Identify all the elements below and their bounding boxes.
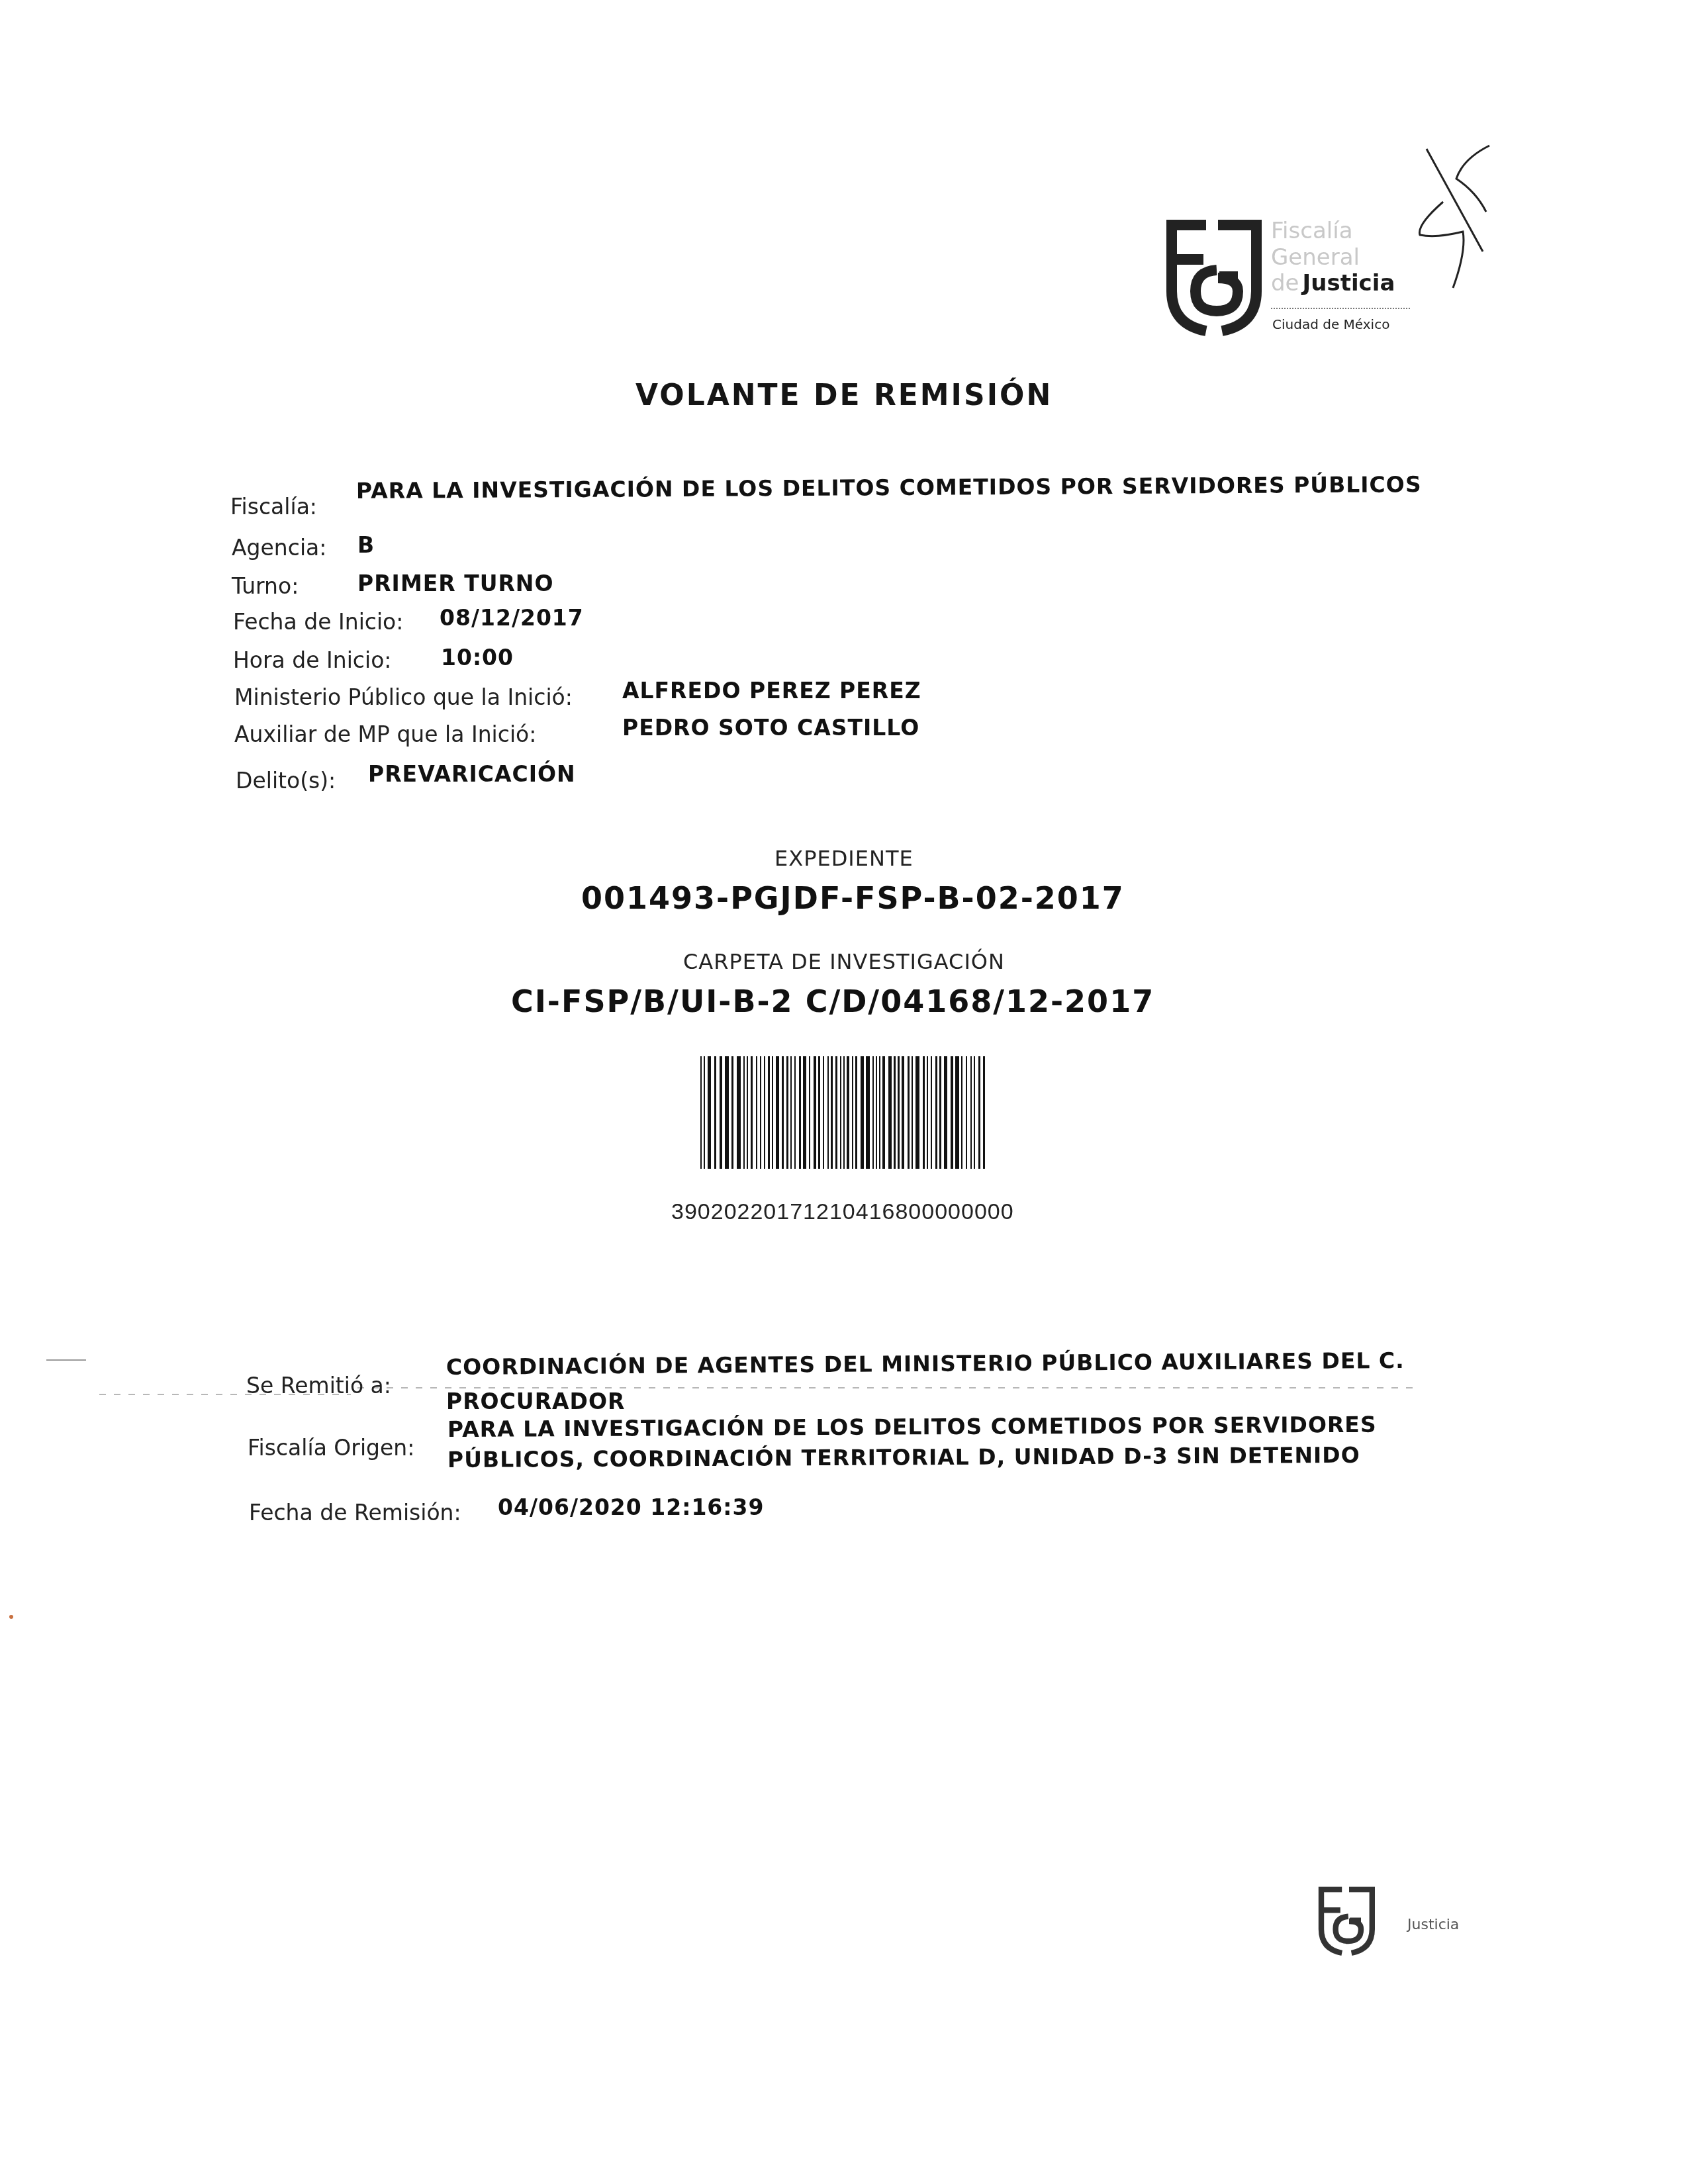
fecha-inicio-label: Fecha de Inicio: xyxy=(233,609,403,635)
expediente-caption: EXPEDIENTE xyxy=(774,846,914,871)
scan-artifact-mark xyxy=(46,1359,86,1361)
fgj-shield-logo-small-icon xyxy=(1317,1885,1377,1958)
carpeta-caption: CARPETA DE INVESTIGACIÓN xyxy=(683,949,1005,974)
logo-line-justicia: Justicia xyxy=(1303,270,1395,296)
barcode-digits: 39020220171210416800000000 xyxy=(671,1199,1014,1225)
fiscalia-value: PARA LA INVESTIGACIÓN DE LOS DELITOS COM… xyxy=(356,471,1422,504)
ministerio-label: Ministerio Público que la Inició: xyxy=(234,684,573,710)
barcode-icon xyxy=(698,1056,989,1175)
auxiliar-label: Auxiliar de MP que la Inició: xyxy=(234,721,536,747)
fgj-shield-logo-icon xyxy=(1165,218,1264,338)
fecha-remision-label: Fecha de Remisión: xyxy=(249,1500,461,1525)
ministerio-value: ALFREDO PEREZ PEREZ xyxy=(622,678,921,704)
scan-artifact-dot xyxy=(9,1615,13,1619)
agencia-label: Agencia: xyxy=(232,535,326,561)
fiscalia-origen-line2: PÚBLICOS, COORDINACIÓN TERRITORIAL D, UN… xyxy=(447,1442,1360,1473)
expediente-number: 001493-PGJDF-FSP-B-02-2017 xyxy=(581,880,1125,916)
agencia-value: B xyxy=(357,532,375,558)
fiscalia-origen-label: Fiscalía Origen: xyxy=(248,1435,414,1461)
fiscalia-label: Fiscalía: xyxy=(230,494,317,520)
delitos-value: PREVARICACIÓN xyxy=(368,761,576,787)
fiscalia-origen-line1: PARA LA INVESTIGACIÓN DE LOS DELITOS COM… xyxy=(447,1412,1377,1442)
logo-line-fiscalia: Fiscalía xyxy=(1271,218,1353,244)
se-remitio-line2: PROCURADOR xyxy=(446,1388,625,1414)
signature-icon xyxy=(1417,139,1509,298)
logo-subtitle: Ciudad de México xyxy=(1272,316,1389,332)
se-remitio-line1: COORDINACIÓN DE AGENTES DEL MINISTERIO P… xyxy=(446,1347,1405,1380)
hora-inicio-label: Hora de Inicio: xyxy=(233,647,391,673)
fecha-inicio-value: 08/12/2017 xyxy=(440,605,584,631)
footer-logo-text: Justicia xyxy=(1407,1917,1459,1933)
auxiliar-value: PEDRO SOTO CASTILLO xyxy=(622,715,919,741)
delitos-label: Delito(s): xyxy=(236,768,336,794)
turno-label: Turno: xyxy=(232,573,299,599)
logo-line-general: General xyxy=(1271,245,1360,270)
logo-line-de: de xyxy=(1271,270,1299,296)
fecha-remision-value: 04/06/2020 12:16:39 xyxy=(498,1494,764,1520)
logo-divider xyxy=(1271,308,1410,309)
document-title: VOLANTE DE REMISIÓN xyxy=(635,379,1053,412)
hora-inicio-value: 10:00 xyxy=(441,645,514,670)
se-remitio-label: Se Remitió a: xyxy=(246,1373,391,1398)
carpeta-number: CI-FSP/B/UI-B-2 C/D/04168/12-2017 xyxy=(511,983,1154,1019)
turno-value: PRIMER TURNO xyxy=(357,570,554,596)
